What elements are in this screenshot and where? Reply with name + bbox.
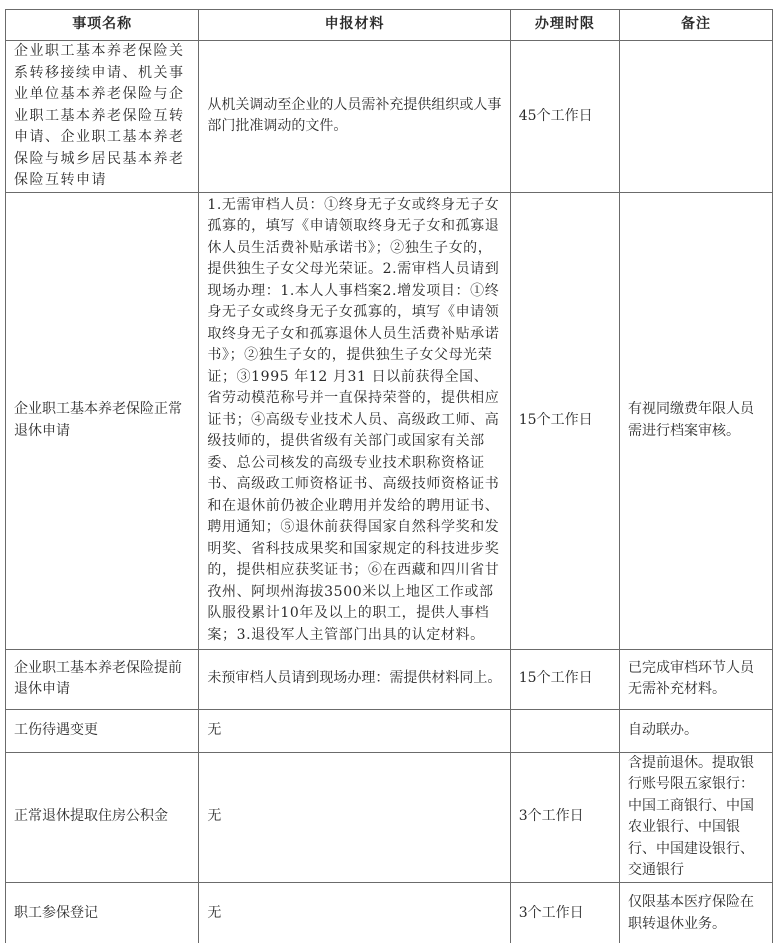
services-table: 事项名称 申报材料 办理时限 备注 企业职工基本养老保险关系转移接续申请、机关事… <box>5 9 773 943</box>
cell-time-limit <box>510 709 619 752</box>
cell-item-name: 企业职工基本养老保险提前退休申请 <box>6 649 199 709</box>
cell-item-name: 企业职工基本养老保险正常退休申请 <box>6 192 199 649</box>
cell-item-name: 企业职工基本养老保险关系转移接续申请、机关事业单位基本养老保险与企业职工基本养老… <box>6 41 199 193</box>
cell-remark: 自动联办。 <box>620 709 773 752</box>
table-row: 职工参保登记 无 3个工作日 仅限基本医疗保险在职转退休业务。 <box>6 882 773 943</box>
header-item-name: 事项名称 <box>6 10 199 41</box>
cell-materials: 1.无需审档人员：①终身无子女或终身无子女孤寡的，填写《申请领取终身无子女和孤寡… <box>199 192 510 649</box>
table-row: 企业职工基本养老保险提前退休申请 未预审档人员请到现场办理：需提供材料同上。 1… <box>6 649 773 709</box>
cell-materials: 无 <box>199 752 510 882</box>
cell-time-limit: 3个工作日 <box>510 882 619 943</box>
cell-remark: 含提前退休。提取银行账号限五家银行：中国工商银行、中国农业银行、中国银行、中国建… <box>620 752 773 882</box>
header-materials: 申报材料 <box>199 10 510 41</box>
table-row: 企业职工基本养老保险关系转移接续申请、机关事业单位基本养老保险与企业职工基本养老… <box>6 41 773 193</box>
cell-time-limit: 45个工作日 <box>510 41 619 193</box>
header-time-limit: 办理时限 <box>510 10 619 41</box>
cell-item-name: 工伤待遇变更 <box>6 709 199 752</box>
cell-item-name: 职工参保登记 <box>6 882 199 943</box>
cell-remark: 仅限基本医疗保险在职转退休业务。 <box>620 882 773 943</box>
table-row: 企业职工基本养老保险正常退休申请 1.无需审档人员：①终身无子女或终身无子女孤寡… <box>6 192 773 649</box>
header-remark: 备注 <box>620 10 773 41</box>
cell-item-name: 正常退休提取住房公积金 <box>6 752 199 882</box>
cell-remark: 有视同缴费年限人员需进行档案审核。 <box>620 192 773 649</box>
cell-materials: 从机关调动至企业的人员需补充提供组织或人事部门批准调动的文件。 <box>199 41 510 193</box>
cell-remark: 已完成审档环节人员无需补充材料。 <box>620 649 773 709</box>
table-row: 正常退休提取住房公积金 无 3个工作日 含提前退休。提取银行账号限五家银行：中国… <box>6 752 773 882</box>
cell-materials: 无 <box>199 709 510 752</box>
cell-time-limit: 3个工作日 <box>510 752 619 882</box>
cell-materials: 未预审档人员请到现场办理：需提供材料同上。 <box>199 649 510 709</box>
table-row: 工伤待遇变更 无 自动联办。 <box>6 709 773 752</box>
cell-materials: 无 <box>199 882 510 943</box>
cell-time-limit: 15个工作日 <box>510 192 619 649</box>
cell-time-limit: 15个工作日 <box>510 649 619 709</box>
cell-remark <box>620 41 773 193</box>
table-header-row: 事项名称 申报材料 办理时限 备注 <box>6 10 773 41</box>
